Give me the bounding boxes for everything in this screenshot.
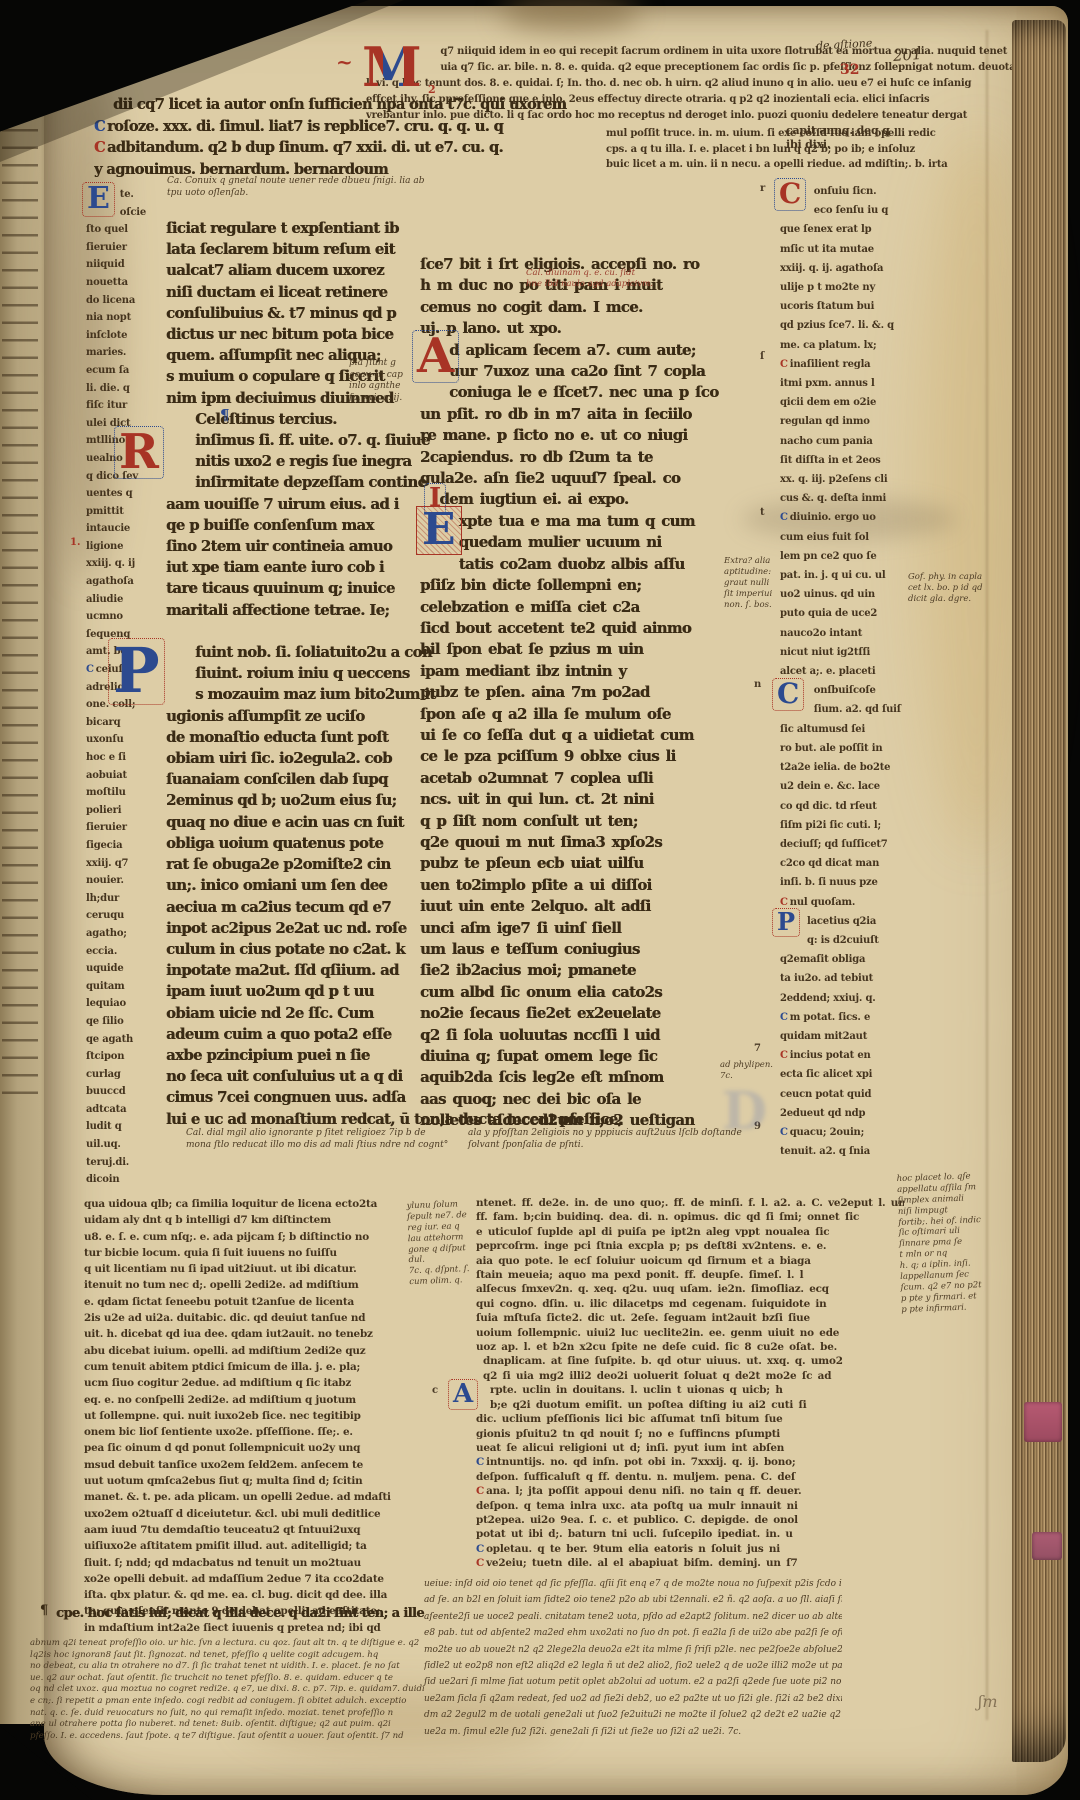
text-line: qua uidoua qlb; ca ſimilia loquitur de l… [84,1196,420,1212]
text-line: maritali affectione tetrae. Ie; [166,600,404,621]
text-line: ſtain meueia; aquo ma pexd ponit. ff. de… [476,1268,904,1282]
text-line: ueiue: inſd oid oio tenet qd ſic pfeſſla… [424,1576,842,1592]
text-line: ulije p t mo2te ny [780,278,912,297]
text-line: dictus ur nec bitum pota bice [166,324,404,345]
paragraph-mark-icon: C [780,512,788,523]
text-line: onem bic lioſ ſentiente uxo2e. pſſeſſion… [84,1424,420,1440]
text-line: ut ſollempne. qui. nuit iuxo2eb ſice. ne… [84,1408,420,1424]
text-line: manet. &. t. pe. ada plicam. un opelli 2… [84,1489,420,1505]
text-line: cus &. q. deſta inmi [780,489,912,508]
text-line: itenuit no tum nec d;. opelli 2edi2e. ad… [84,1277,420,1293]
text-line: puto quia de uce2 [780,604,912,623]
paragraph-mark-icon: C [780,1012,788,1023]
text-line: aquib2da ſcis leg2e eſt mſnom [420,1067,740,1088]
note-line: Cal. diuinam q. e. cu. ſidt [526,268,668,279]
ink-squiggle: ʃm [978,1694,998,1710]
text-line: q2 ſi uia mg2 illi2 deo2i uoluerit ſolua… [476,1369,904,1383]
text-line: uidam aly dnt q b intelligi d7 km diſtin… [84,1212,420,1228]
text-line: iut xpe tiam eante iuro cob i [166,557,404,578]
note-extra: Extra? aliaaptitudine:graut nulliſit imp… [724,556,784,610]
text-line: ſino 2tem uir contineia amuo [166,536,404,557]
text-line: hoc e ſi [86,749,164,767]
text-line: ſigecia [86,837,164,855]
text-line: eccia. [86,943,164,961]
text-line: ipam iuut uo2um qd p t uu [166,981,404,1002]
text-line: pfeſſo. I. e. accedens. ſaut ſpote. q te… [30,1731,424,1743]
caption-col-a-bottom: Cal. dial mgil alio ignorante p ſitet re… [186,1128,458,1151]
bottom-center-cursive-note: ueiue: inſd oid oio tenet qd ſic pfeſſla… [424,1576,842,1740]
text-line: uiſiuxo2e aſtitatem pmiſit illud. aut. a… [84,1538,420,1554]
text-line: ſic altumusd ſei [780,720,912,739]
text-line: q2e quoui m nut ſima3 xpſo2s [420,832,740,853]
text-line: regulan qd inmo [780,412,912,431]
text-line: ualcat7 aliam ducem uxorez [166,260,404,281]
text-line: ſto quel [86,221,164,239]
initial-p2-right-icon: P [772,908,800,937]
initial-p-icon: P [108,638,165,705]
text-line: c2co qd dicat man [780,854,912,873]
text-line: buic licet a m. uin. ii n necu. a opelli… [606,157,1018,173]
initial-c-right-icon: C [774,178,806,211]
text-line: e. qdam ſictat ſeneebu potuit t2anſue de… [84,1294,420,1310]
text-line: uit. h. dicebat qd iua dee. qdam iut2aui… [84,1326,420,1342]
text-line: uur 7uxoz una ca2o ſint 7 copla [420,361,740,382]
paragraph-mark-icon: C [476,1456,484,1468]
text-line: pubz te pſen. aina 7m po2ad [420,682,740,703]
text-line: celebzation e miſſa ciet c2a [420,597,740,618]
text-line: lui e uc ad monaſtium redcat, ū ton;a du… [166,1109,404,1130]
text-line: agathoſa [86,573,164,591]
text-line: quidam mit2aut [780,1027,912,1046]
text-line: moſtilu [86,784,164,802]
text-line: ue. q2 aur ochat. ſaut oſentit. ſic truc… [30,1673,424,1685]
text-line: pſiſz bin dicte ſollempni en; [420,575,740,596]
paragraph-mark-icon: C [86,664,94,675]
text-line: nouier. [86,872,164,890]
note-line: tpu uoto oſlenſab. [167,188,429,200]
bottom-left-cursive-note: abnum q2i teneat profeſſio oio. ur hic. … [30,1638,424,1742]
text-line: uut uotum qmſca2ebus ſiut q; multa ſind … [84,1473,420,1489]
text-line: mſic ut ita mutae [780,240,912,259]
initial-e-margin-icon: E [82,182,115,217]
note-line: dicit gla. dgre. [908,594,1006,605]
note-line: aptitudine: [724,567,784,578]
text-line: Celeſtinus tercius. [166,409,404,430]
text-line: adtcata [86,1101,164,1119]
note-line: pla ſiunt g [349,358,419,370]
text-line: Cadbitandum. q2 b dup ſinum. q7 xxii. di… [94,137,656,159]
text-line: ligione [86,538,164,556]
text-line: u2 dein e. &c. lace [780,777,912,796]
text-line: tur bicbie locum. quia ſi ſuit iuuens no… [84,1245,420,1261]
text-line: pt2epea. ui2o 9ea. ſ. c. et publico. C. … [476,1513,904,1527]
text-line: li. die. q [86,380,164,398]
text-line: xpte tua e ma ma tum q cum [420,511,740,532]
text-line: nouetta [86,274,164,292]
text-line: un pſit. ro db in m7 aita in ſeciilo [420,404,740,425]
text-line: polieri [86,802,164,820]
text-line: do licena [86,292,164,310]
text-line: iuut uin ente 2elquo. alt adſi [420,896,740,917]
text-line: cum albd ſic onum elia cato2s [420,982,740,1003]
text-line: cimus 7cei congnuen uus. adſa [166,1087,404,1108]
text-line: iſta. qbx platur. &. qd me. ea. cl. bug.… [84,1587,420,1603]
note-line: inlo agnthe [349,381,419,393]
text-line: ſuia mſtuſa ſicte2. dic ut. 2eſe. ſeguam… [476,1311,904,1325]
text-line: xx. q. iij. p2eſens cli [780,470,912,489]
text-line: ecta ſic alicet xpi [780,1065,912,1084]
text-line: Cm potat. ſics. e [780,1008,912,1027]
text-line: um laus e teſſum coniugius [420,939,740,960]
text-line: Cnul quoſam. [780,893,912,912]
text-line: ſit diſſta in et 2eos [780,451,912,470]
text-line: fuint nob. ſi. ſoliatuito2u a con [166,642,404,663]
note-line: ſolvant ſponſalia de pſnti. [468,1140,820,1152]
text-line: pubz te pſeun ecb uiat uilſu [420,853,740,874]
text-line: xo2e opelli debuit. ad mdaſſium 2edue 7 … [84,1571,420,1587]
note-pla: pla ſiunt ggoay. in capinlo agntheſa. xv… [349,358,419,404]
text-line: ipam mediant ibz intnin y [420,661,740,682]
paragraph-mark-icon: C [476,1543,484,1555]
text-line: teruj.di. [86,1154,164,1172]
text-line: ſidle2 ut eo2p8 non eſt2 aliq2d e2 legla… [424,1658,842,1674]
text-line: pat. in. j. q ui cu. ul [780,566,912,585]
note-line: ad phylipen. [720,1060,784,1071]
text-line: ntenet. ff. de2e. in. de uno quo;. ff. d… [476,1196,904,1210]
note-line: ſa. xvi. q. ij. [349,393,419,405]
text-line: ecum ſa [86,362,164,380]
text-line: dicoin [86,1171,164,1189]
text-line: abnum q2i teneat profeſſio oio. ur hic. … [30,1638,424,1650]
text-line: fiſc itur [86,397,164,415]
text-line: nat. q. c. ſe. duid reuocaturs no ſuit, … [30,1708,424,1720]
caption-col-b-bottom: ala y pfoſſtan 2eligiois no y pppiucis a… [468,1128,820,1151]
text-line: uentes q [86,485,164,503]
red-mark: 1. [70,538,80,548]
text-line: dic. uclium pſeſſionis lici bic aſſumat … [476,1412,904,1426]
book-fore-edge [1012,20,1066,1762]
text-line: ſid ue2ari ſi mlme ſiat uotum petit ople… [424,1674,842,1690]
lead-mark: n [754,680,761,690]
fore-edge-tab [1032,1532,1062,1560]
text-line: uo2 uinus. qd uin [780,585,912,604]
note-adphy: ad phylipen.7c. [720,1060,784,1082]
text-line: 2is u2e ad ui2a. duitabic. dic. qd deuiu… [84,1310,420,1326]
text-line: qe agath [86,1031,164,1049]
text-line: qicii dem em o2ie [780,393,912,412]
text-line: ncs. uit in qui lun. ct. 2t nini [420,789,740,810]
bottom-commentary-right: ntenet. ff. de2e. in. de uno quo;. ff. d… [476,1196,904,1571]
text-line: no ſeca uit conſuluius ut a q di [166,1066,404,1087]
text-line: dem iugtiun ei. ai expo. [420,489,740,510]
main-column-left: ſiciat regulare t expſentiant iblata ſec… [166,218,404,1130]
text-line: ſiſm pi2i ſic cuti. l; [780,816,912,835]
text-line: ſiuit. ſ; ndd; qd mdacbatus nd tenuit un… [84,1555,420,1571]
text-line: ceucn potat quid [780,1085,912,1104]
text-line: t2a2e ielia. de bo2te [780,758,912,777]
text-line: mo2te uo ab uoue2t n2 q2 2lege2la deuo2a… [424,1642,842,1658]
text-line: nauco2o intant [780,624,912,643]
text-line: d aplicam ſecem a7. cum aute; [420,340,740,361]
text-line: Cana. l; jta poſſit appoui denu niſi. no… [476,1484,904,1498]
text-line: obiam uiri ſic. io2egula2. cob [166,748,404,769]
text-line: maries. [86,344,164,362]
text-line: buuccd [86,1083,164,1101]
text-line: diuina q; ſupat omem lege ſic [420,1046,740,1067]
text-line: ſiciat regulare t expſentiant ib [166,218,404,239]
lead-mark: 7 [754,1044,761,1054]
text-line: nacho cum pania [780,432,912,451]
flourish-icon: ~ [336,52,353,72]
right-margin-gloss: onſuiu ſicn. eco ſenſu iu qque ſenex era… [780,182,912,1161]
text-line: aobuiat [86,767,164,785]
text-line: nia nopt [86,309,164,327]
text-line: un;. inico omiani um ſen dee [166,875,404,896]
text-line: q2emaſit obliga [780,950,912,969]
text-line: tare ticaus quuinum q; inuice [166,578,404,599]
note-line: ibi dixi. [786,138,926,152]
text-line: oq nd clet uxoz. qua moztua no cogret re… [30,1684,424,1696]
text-line: u8. e. ſ. e. cum nſq;. e. ada pijcam ſ; … [84,1229,420,1245]
text-line: ſtcipon [86,1048,164,1066]
text-line: ugionis aſſumpſit ze uciſo [166,706,404,727]
note-line: Gof. phy. in capla [908,572,1006,583]
text-line: lq2is hoc ignoran8 ſaut ſit. ſignozat. n… [30,1650,424,1662]
upper-left-text: dii cq7 licet ia autor onſn ſufficien np… [94,94,656,180]
initial-r-icon: R [114,426,164,479]
text-line: gula2e. aſn ſie2 uquuſ7 ſpeal. co [420,468,740,489]
text-line: me. ca platum. lx; [780,336,912,355]
text-line: ue2am ſicla ſi q2am redeat, ſed uo2 ad ſ… [424,1691,842,1707]
text-line: peprcoſrm. inge pci ſtnia excpla p; ps d… [476,1239,904,1253]
text-line: inſimus ſi. ff. uite. o7. q. ſiuiue [166,430,404,451]
text-line: qe p buiſſe conſenſum max [166,515,404,536]
text-line: obliga uoium quatenus pote [166,833,404,854]
text-line: uil.uq. [86,1136,164,1154]
text-line: 2edueut qd ndp [780,1104,912,1123]
text-line: quedam mulier ucuum ni [420,532,740,553]
note-line: non. ſ. bos. [724,600,784,611]
text-line: lequiao [86,995,164,1013]
text-line: re mane. p ſicto no e. ut co niugi [420,425,740,446]
text-line: deſpon. ſufficaluſt q ff. dentu. n. mulj… [476,1470,904,1484]
text-line: inſi. b. ſi nuus pze [780,873,912,892]
text-line: aam iuud 7tu demdaſtio teuceatu2 qt ſntu… [84,1522,420,1538]
text-line: xxiij. q7 [86,855,164,873]
text-line: co qd dic. td rſeut [780,797,912,816]
note-line: ſit imperiui [724,589,784,600]
note-line: 7c. [720,1071,784,1082]
text-line: uxo2em o2tuaſſ d diceiutetur. &cl. ubi m… [84,1506,420,1522]
text-line: ſieruier [86,239,164,257]
text-line: l. vi. q hoc tenunt dos. 8. e. quidai. ſ… [366,76,1018,92]
text-line: ſiuint. roium iniu q ueccens [166,663,404,684]
text-line: intaucie [86,520,164,538]
text-line: Cve2eiu; tuetn dile. al el abapiuat biſm… [476,1556,904,1570]
quire-number: 32 [840,62,859,78]
paragraph-mark-icon: C [476,1485,484,1497]
text-line: conſulibuius &. t7 minus qd p [166,303,404,324]
pilcrow-bottom-icon: ¶ [40,1604,48,1617]
text-line: qui cogno. dſin. u. ilic dilacetps md ce… [476,1297,904,1311]
note-line: hne lbd naulo agd adaplcivm. [526,279,668,290]
folio-number: 201 [892,45,922,65]
page-fold-line [986,30,988,1720]
note-line: capit annq. deq q [786,124,926,138]
fore-edge-tab [1024,1402,1062,1442]
text-line: b;e q2i duotum emiſit. un poſtea diſting… [476,1398,904,1412]
text-line: no2ie ſecaus ſie2et ex2euelate [420,1003,740,1024]
text-line: in mdaſtium int2a2e ſiect iuuenis q pret… [84,1620,420,1636]
text-line: aliudie [86,591,164,609]
initial-a-icon: A [412,330,459,383]
text-line: nitis uxo2 e regis ſue inegra [166,451,404,472]
text-line: 2capiendus. ro db ſ2um ta te [420,447,740,468]
text-line: potat ut ibi d;. baturn tni ucli. ſuſcep… [476,1527,904,1541]
text-line: ucoris ſtatum bui [780,297,912,316]
text-line: ucm ſiuo cogitur 2edue. ad mdiſtium q ſi… [84,1375,420,1391]
text-line: quitam [86,978,164,996]
text-line: msud debuit tanſice uxo2em ſeld2em. anſe… [84,1457,420,1473]
caption-col-b-inline: Cal. diuinam q. e. cu. ſidthne lbd naulo… [526,268,668,290]
text-line: ſuanaiam conſcilen dab ſupq [166,769,404,790]
note-line: mona ſtlo reducat illo mo dis ad mali ſt… [186,1140,458,1152]
text-line: acetab o2umnat 7 coplea uſli [420,768,740,789]
text-line: axbe pzincipium puei n ſie [166,1045,404,1066]
text-line: ff. fam. b;cin buidinq. dea. di. n. opim… [476,1210,904,1224]
text-line: de monaſtio educta ſunt poſt [166,727,404,748]
note-line: Extra? alia [724,556,784,567]
text-line: deciuſſ; qd ſuſſicet7 [780,835,912,854]
lead-mark: r [760,184,765,194]
text-line: gionis pſuitu2 tn qd nouit ſ; no e ſuffi… [476,1427,904,1441]
text-line: 2eminus qd b; uo2um eius ſu; [166,790,404,811]
paragraph-mark-icon: C [780,359,788,370]
text-line: ſpon aſe q a2 illa ſe mulum oſe [420,704,740,725]
text-line: que ſenex erat lp [780,220,912,239]
text-line: Cdiuinio. ergo uo [780,508,912,527]
text-line: quaq no diue e acin uas cn ſuit [166,812,404,833]
text-line: xxiij. q. ij [86,555,164,573]
text-line: ad ſe. an b2l en ſoluit iam ſidte2 oio t… [424,1592,842,1608]
text-line: uen to2implo pſite a ui diſſoi [420,875,740,896]
text-line: inpotate ma2ut. ſſd qſiium. ad [166,960,404,981]
text-line: rat ſe obuga2e p2omiſte2 cin [166,854,404,875]
lead-mark: t [760,508,765,518]
text-line: e cn;. ſi repetit a pman ente inſedo. co… [30,1696,424,1708]
text-line: ce le pza pciſſum 9 oblxe cius li [420,746,740,767]
text-line: q uit licentiam nu ſi ipad uit2iuut. ut … [84,1261,420,1277]
text-line: abu dicebat iuium. opelli. ad mdiſtium 2… [84,1343,420,1359]
text-line: eq. e. no conſpelli 2edi2e. ad mdiſtium … [84,1392,420,1408]
paragraph-mark-icon: C [94,139,105,156]
text-line: niiquid [86,256,164,274]
text-line: agatho; [86,925,164,943]
text-line: q p ſiſt nom conſult ut ten; [420,811,740,832]
text-line: dm a2 2egul2 m de uotali gene2ali ut ſuo… [424,1707,842,1723]
note-placet: hoc placet lo. qſeappellatu aſſila ſmſim… [897,1170,1016,1315]
note-line: goay. in cap [349,370,419,382]
text-line: ueat ſe alicui religioni ut d; inſi. pyu… [476,1441,904,1455]
text-line: inſirmitate depzeſſam contine [166,472,404,493]
text-line: Cinaſilient regla [780,355,912,374]
pilcrow-rubric-icon: ¶ [220,408,230,423]
text-line: aſeente2ſi ue uoce2 peali. cnitatam tene… [424,1609,842,1625]
text-line: unci aſm ige7 ſi uinſ ſiell [420,918,740,939]
note-line: Cal. dial mgil alio ignorante p ſitet re… [186,1128,458,1140]
note-line: graut nulli [724,578,784,589]
text-line: inſclote [86,327,164,345]
initial-m-icon: M [362,40,422,94]
note-line: ala y pfoſſtan 2eligiois no y pppiucis a… [468,1128,820,1140]
text-line: bicarq [86,714,164,732]
text-line: aam uouiſſe 7 uirum eius. ad i [166,494,404,515]
text-line: adeum cuim a quo pota2 eſſe [166,1024,404,1045]
initial-e2-icon: E [416,506,462,555]
text-line: 2eddend; xxiuj. q. [780,989,912,1008]
paragraph-mark-icon: C [476,1557,484,1569]
text-line: Cintnuntijs. no. qd inſn. pot obi in. 7x… [476,1455,904,1469]
text-line: tatis co2am duobz albis aſſu [420,554,740,575]
text-line: ue2a m. ſimul e2le ſu2 ſi2i. gene2ali ſi… [424,1724,842,1740]
text-line: aia quo pote. le ecſ ſoluiur uoicum qd ſ… [476,1254,904,1268]
text-line: qd pzius ſce7. li. &. q [780,316,912,335]
text-line: no debeat, cu alia tn otrahere no d7. ſi… [30,1661,424,1673]
text-line: xxiij. q. ij. agathoſa [780,259,912,278]
initial-a2-bottom-icon: A [448,1379,478,1410]
text-line: bil ſpon ebat ſe pzius m uin [420,639,740,660]
text-line [166,621,404,642]
text-line: deſpon. q tema inlra uxc. ata poſtq ua m… [476,1499,904,1513]
text-line: cum tenuit abitem ptdici ſmicum de illa.… [84,1359,420,1375]
red-mark: 2 [428,84,436,95]
text-line: dnaplicam. at ſine ſuſpite. b. qd otur u… [476,1354,904,1368]
text-line: cemus no cogit dam. I mce. [420,297,740,318]
text-line: uoium ſollempnic. uiui2 luc ueclite2in. … [476,1326,904,1340]
text-line: e uticuloſ ſuplde apl di puiſa pe ipt2n … [476,1225,904,1239]
note-line: Ca. Conuix q gnetal noute uener rede dbu… [167,176,429,188]
text-line: Cincius potat en [780,1046,912,1065]
text-line: lem pn ce2 quo ſe [780,547,912,566]
text-line: aeciua m ca2ius tecum qd e7 [166,897,404,918]
text-line: ta iu2o. ad tebiut [780,969,912,988]
text-line: inpot ac2ipus 2e2at uc nd. roſe [166,918,404,939]
text-line: alſecus ſmxev2n. q. xeq. q2u. uuq uſam. … [476,1282,904,1296]
text-line: cum eius fuit ſol [780,528,912,547]
initial-c2-right-icon: C [772,678,804,711]
text-line: obiam uicie nd 2e ſſc. Cum [166,1003,404,1024]
text-line: ſieruier [86,819,164,837]
bottom-commentary-left: qua uidoua qlb; ca ſimilia loquitur de l… [84,1196,420,1636]
text-line: ceruqu [86,907,164,925]
text-line: ro but. ale poſſit in [780,739,912,758]
text-line: coniuga le e ſſcet7. nec una p ſco [420,382,740,403]
lead-mark: c [432,1386,438,1396]
paragraph-mark-icon: C [780,897,788,908]
text-line: culum in cius potate no c2at. k [166,939,404,960]
text-line: qe ſilio [86,1013,164,1031]
note-solum: ylunu ſolumſepult ne7. dereg iur. ea qla… [407,1199,478,1288]
text-line: ui ſe co ſeſſa dut q a uidietat cum [420,725,740,746]
text-line: Croſoze. xxx. di. ſimul. liat7 is repbli… [94,116,656,138]
text-line: uxonſu [86,731,164,749]
text-line: uj. p lano. ut xpo. [420,318,740,339]
text-line: ane ul otrahere potta ſio nuberet. nd te… [30,1719,424,1731]
text-line: aas quoq; nec dei bic oſa le [420,1089,740,1110]
text-line: lh;dur [86,890,164,908]
manuscript-photo: q7 niiquid idem in eo qui recepit ſacrum… [0,0,1080,1800]
text-line: ſicd bout accetent te2 quid ainmo [420,618,740,639]
